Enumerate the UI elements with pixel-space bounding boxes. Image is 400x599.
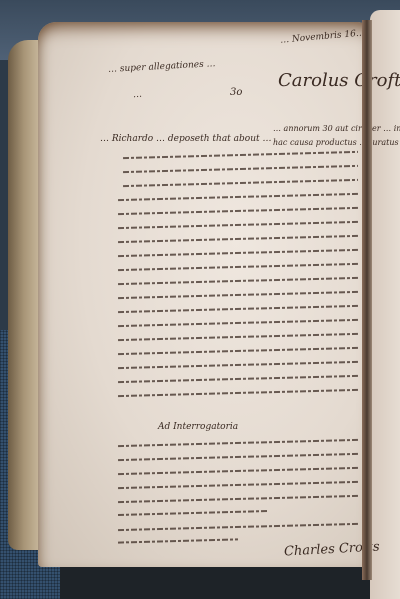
header-left-note: … super allegationes … [108, 59, 216, 75]
deponent-details: … annorum 30 aut circiter … in hac causa… [273, 122, 400, 150]
book-gutter [362, 20, 372, 580]
body-opening: … Richardo … deposeth that about … [100, 134, 271, 144]
interrogatories-heading: Ad Interrogatoria [158, 422, 238, 432]
folio-number: 3o [230, 87, 242, 98]
facing-page [370, 10, 400, 599]
deponent-name: Carolus Crofts [278, 70, 400, 91]
manuscript-page: … Novembris 16… … super allegationes … …… [38, 22, 368, 567]
folio-mark: … [133, 90, 143, 101]
header-date: … Novembris 16… [280, 28, 366, 45]
